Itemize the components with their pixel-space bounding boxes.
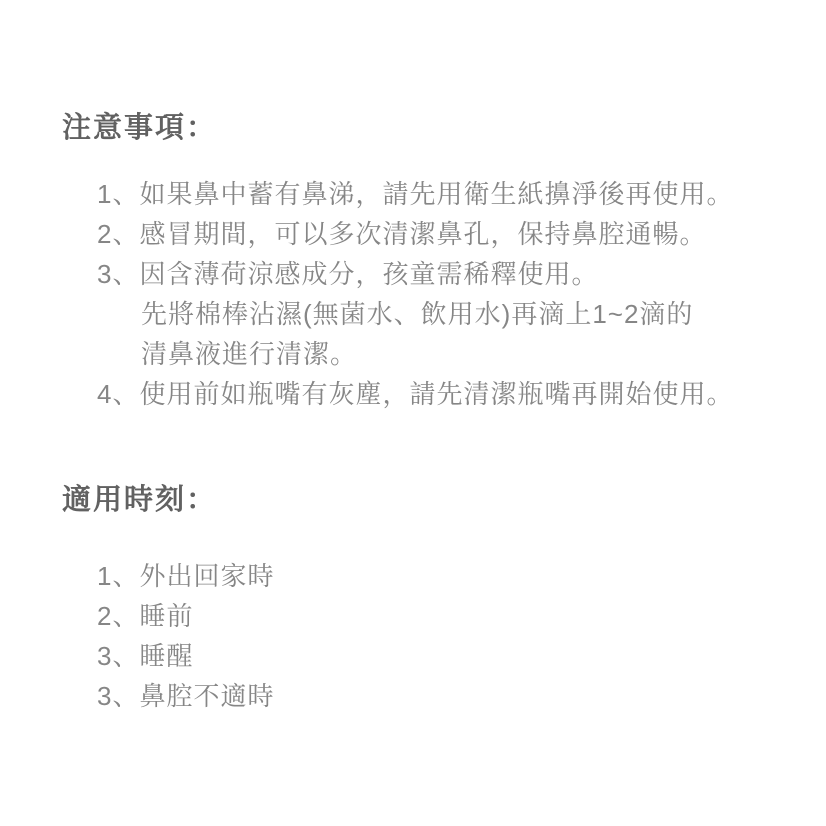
timing-item-3: 3、睡醒 bbox=[97, 636, 786, 676]
item-number: 2、 bbox=[97, 214, 139, 254]
timing-section: 適用時刻： 1、外出回家時 2、睡前 3、睡醒 3、鼻腔不適時 bbox=[62, 484, 786, 716]
timing-item-1: 1、外出回家時 bbox=[97, 556, 786, 596]
item-number: 3、 bbox=[97, 636, 139, 676]
item-text: 睡醒 bbox=[139, 641, 193, 671]
item-text: 使用前如瓶嘴有灰塵，請先清潔瓶嘴再開始使用。 bbox=[139, 379, 733, 409]
timing-item-4: 3、鼻腔不適時 bbox=[97, 676, 786, 716]
notice-item-2: 2、感冒期間，可以多次清潔鼻孔，保持鼻腔通暢。 bbox=[97, 214, 786, 254]
notice-list: 1、如果鼻中蓄有鼻涕，請先用衛生紙擤淨後再使用。 2、感冒期間，可以多次清潔鼻孔… bbox=[97, 174, 786, 414]
product-info-page: 注意事項： 1、如果鼻中蓄有鼻涕，請先用衛生紙擤淨後再使用。 2、感冒期間，可以… bbox=[0, 0, 826, 826]
item-number: 4、 bbox=[97, 374, 139, 414]
item-text: 感冒期間，可以多次清潔鼻孔，保持鼻腔通暢。 bbox=[139, 219, 706, 249]
item-number: 3、 bbox=[97, 676, 139, 716]
item-text: 外出回家時 bbox=[139, 561, 274, 591]
item-number: 3、 bbox=[97, 254, 139, 294]
notice-item-3-continuation-1: 先將棉棒沾濕(無菌水、飲用水)再滴上1~2滴的 bbox=[97, 294, 786, 334]
item-text: 因含薄荷涼感成分，孩童需稀釋使用。 bbox=[139, 259, 598, 289]
notice-section: 注意事項： 1、如果鼻中蓄有鼻涕，請先用衛生紙擤淨後再使用。 2、感冒期間，可以… bbox=[62, 112, 786, 414]
timing-heading: 適用時刻： bbox=[62, 484, 786, 516]
notice-item-1: 1、如果鼻中蓄有鼻涕，請先用衛生紙擤淨後再使用。 bbox=[97, 174, 786, 214]
item-text: 如果鼻中蓄有鼻涕，請先用衛生紙擤淨後再使用。 bbox=[139, 179, 733, 209]
timing-list: 1、外出回家時 2、睡前 3、睡醒 3、鼻腔不適時 bbox=[97, 556, 786, 716]
notice-item-4: 4、使用前如瓶嘴有灰塵，請先清潔瓶嘴再開始使用。 bbox=[97, 374, 786, 414]
item-number: 1、 bbox=[97, 174, 139, 214]
notice-heading: 注意事項： bbox=[62, 112, 786, 144]
timing-item-2: 2、睡前 bbox=[97, 596, 786, 636]
notice-item-3: 3、因含薄荷涼感成分，孩童需稀釋使用。 bbox=[97, 254, 786, 294]
item-number: 2、 bbox=[97, 596, 139, 636]
item-text: 鼻腔不適時 bbox=[139, 681, 274, 711]
section-divider-space bbox=[62, 414, 786, 484]
notice-item-3-continuation-2: 清鼻液進行清潔。 bbox=[97, 334, 786, 374]
item-number: 1、 bbox=[97, 556, 139, 596]
item-text: 睡前 bbox=[139, 601, 193, 631]
